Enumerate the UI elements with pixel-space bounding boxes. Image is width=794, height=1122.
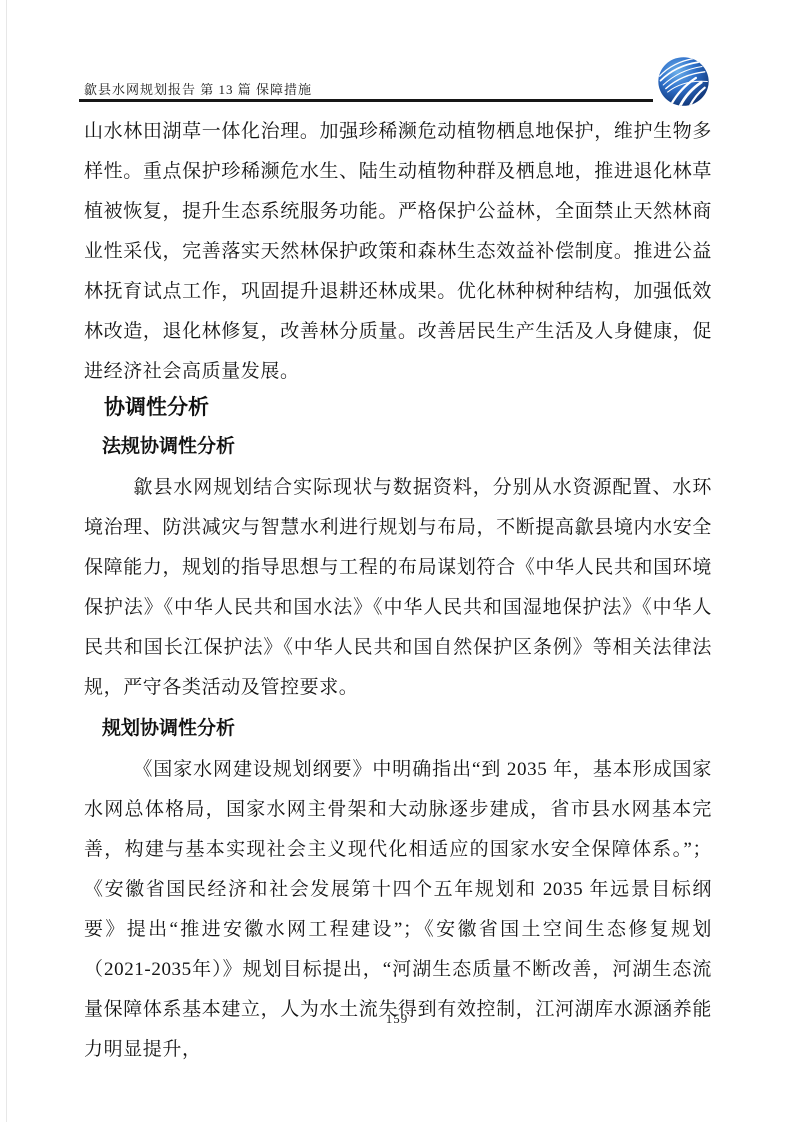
section-heading-coordination-analysis: 协调性分析	[104, 394, 712, 422]
header-rule	[79, 99, 653, 102]
page-edge-line	[6, 0, 7, 1122]
page-body: 山水林田湖草一体化治理。加强珍稀濒危动植物栖息地保护，维护生物多样性。重点保护珍…	[84, 112, 712, 1070]
water-network-logo-icon	[655, 55, 712, 108]
document-page: 歙县水网规划报告 第 13 篇 保障措施	[0, 0, 794, 1122]
header-title: 歙县水网规划报告 第 13 篇 保障措施	[84, 79, 312, 98]
subsection-heading-planning-coordination: 规划协调性分析	[102, 716, 712, 742]
paragraph-ecology-continuation: 山水林田湖草一体化治理。加强珍稀濒危动植物栖息地保护，维护生物多样性。重点保护珍…	[84, 112, 712, 392]
page-footer: 159	[0, 1010, 794, 1028]
page-number: 159	[386, 1011, 409, 1026]
paragraph-legal-coordination: 歙县水网规划结合实际现状与数据资料，分别从水资源配置、水环境治理、防洪减灾与智慧…	[84, 468, 712, 708]
subsection-heading-legal-coordination: 法规协调性分析	[102, 434, 712, 460]
